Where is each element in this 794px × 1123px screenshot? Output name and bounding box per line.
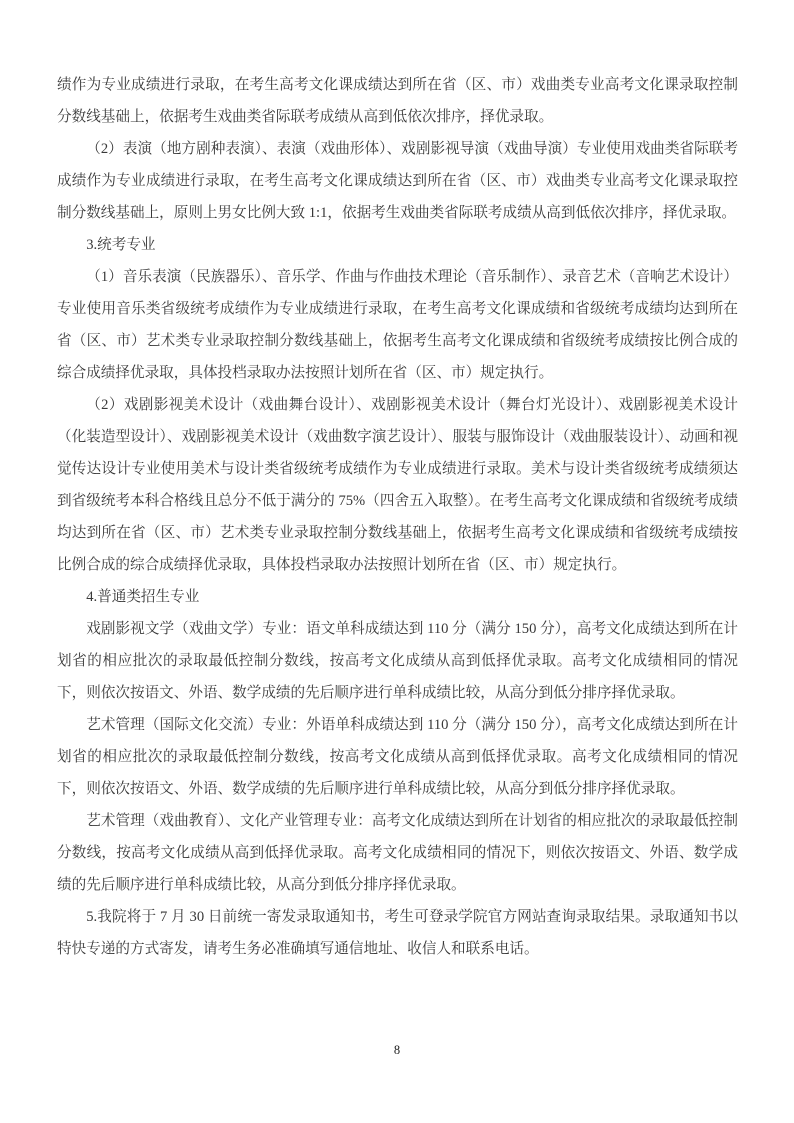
document-page: 绩作为专业成绩进行录取，在考生高考文化课成绩达到所在省（区、市）戏曲类专业高考文… bbox=[0, 0, 794, 1123]
paragraph-item-2: （2）表演（地方剧种表演）、表演（戏曲形体）、戏剧影视导演（戏曲导演）专业使用戏… bbox=[57, 133, 738, 229]
paragraph-section3-item-2: （2）戏剧影视美术设计（戏曲舞台设计）、戏剧影视美术设计（舞台灯光设计）、戏剧影… bbox=[57, 389, 738, 581]
document-body: 绩作为专业成绩进行录取，在考生高考文化课成绩达到所在省（区、市）戏曲类专业高考文… bbox=[57, 69, 738, 965]
heading-section-3: 3.统考专业 bbox=[57, 229, 738, 261]
paragraph-section4-art-management-intl: 艺术管理（国际文化交流）专业：外语单科成绩达到 110 分（满分 150 分），… bbox=[57, 709, 738, 805]
page-number: 8 bbox=[0, 1042, 794, 1058]
paragraph-section4-literature: 戏剧影视文学（戏曲文学）专业：语文单科成绩达到 110 分（满分 150 分），… bbox=[57, 613, 738, 709]
paragraph-section3-item-1: （1）音乐表演（民族器乐）、音乐学、作曲与作曲技术理论（音乐制作）、录音艺术（音… bbox=[57, 261, 738, 389]
heading-section-4: 4.普通类招生专业 bbox=[57, 581, 738, 613]
paragraph-section-5-notice: 5.我院将于 7 月 30 日前统一寄发录取通知书，考生可登录学院官方网站查询录… bbox=[57, 901, 738, 965]
paragraph-continuation: 绩作为专业成绩进行录取，在考生高考文化课成绩达到所在省（区、市）戏曲类专业高考文… bbox=[57, 69, 738, 133]
paragraph-section4-art-management-opera: 艺术管理（戏曲教育）、文化产业管理专业：高考文化成绩达到所在计划省的相应批次的录… bbox=[57, 805, 738, 901]
